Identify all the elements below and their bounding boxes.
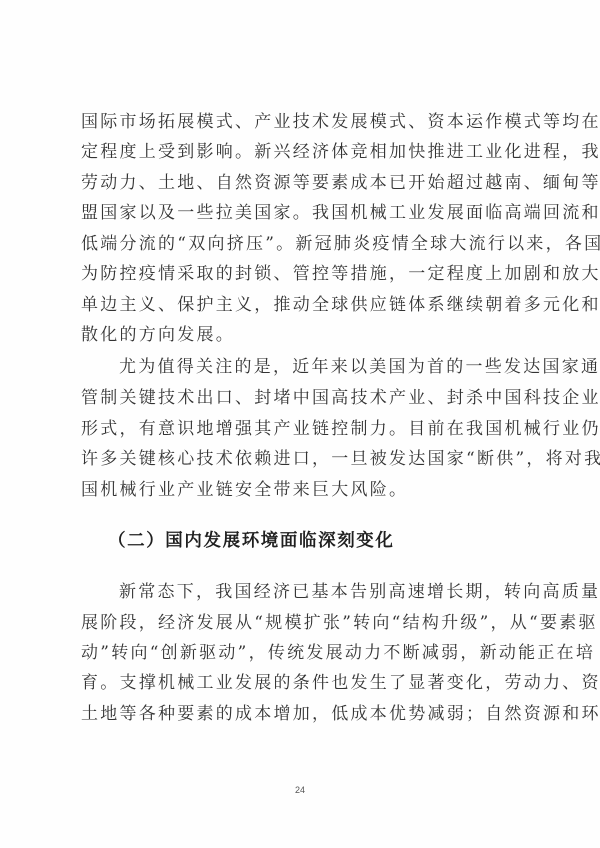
- text-line: 国际市场拓展模式、产业技术发展模式、资本运作模式等均在一: [81, 110, 531, 134]
- text-line: 土地等各种要素的成本增加，低成本优势减弱；自然资源和环境: [81, 702, 531, 726]
- page-number: 24: [0, 785, 600, 795]
- text-line: 劳动力、土地、自然资源等要素成本已开始超过越南、缅甸等东: [81, 171, 531, 195]
- text-line: 展阶段，经济发展从“规模扩张”转向“结构升级”，从“要素驱: [81, 611, 531, 635]
- text-line: 动”转向“创新驱动”，传统发展动力不断减弱，新动能正在培: [81, 641, 531, 665]
- text-line: 为防控疫情采取的封锁、管控等措施，一定程度上加剧和放大了: [81, 262, 531, 286]
- text-line: 散化的方向发展。: [81, 323, 531, 347]
- text-line: 许多关键核心技术依赖进口，一旦被发达国家“断供”，将对我: [81, 447, 531, 471]
- section-heading: （二）国内发展环境面临深刻变化: [108, 528, 395, 554]
- text-line: 新常态下，我国经济已基本告别高速增长期，转向高质量发: [119, 580, 569, 604]
- text-line: 形式，有意识地增强其产业链控制力。目前在我国机械行业仍有: [81, 417, 531, 441]
- text-line: 管制关键技术出口、封堵中国高技术产业、封杀中国科技企业等: [81, 386, 531, 410]
- text-line: 盟国家以及一些拉美国家。我国机械工业发展面临高端回流和中: [81, 201, 531, 225]
- text-line: 国机械行业产业链安全带来巨大风险。: [81, 478, 531, 502]
- text-line: 尤为值得关注的是，近年来以美国为首的一些发达国家通过: [119, 355, 569, 379]
- text-line: 定程度上受到影响。新兴经济体竞相加快推进工业化进程，我国: [81, 140, 531, 164]
- text-line: 育。支撑机械工业发展的条件也发生了显著变化，劳动力、资源、: [81, 671, 531, 695]
- document-page: 国际市场拓展模式、产业技术发展模式、资本运作模式等均在一 定程度上受到影响。新兴…: [0, 0, 600, 848]
- text-line: 单边主义、保护主义，推动全球供应链体系继续朝着多元化和分: [81, 293, 531, 317]
- text-line: 低端分流的“双向挤压”。新冠肺炎疫情全球大流行以来，各国: [81, 232, 531, 256]
